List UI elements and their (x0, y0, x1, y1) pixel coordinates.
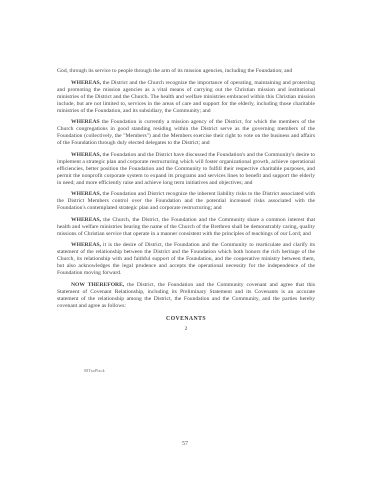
paragraph-lead: WHEREAS, (71, 152, 102, 158)
paragraph-lead: WHEREAS (71, 119, 102, 125)
document-page-number: 2 (57, 326, 315, 333)
paragraph-list: God, through its service to people throu… (57, 68, 315, 310)
paragraph: WHEREAS,the Foundation and District reco… (57, 191, 315, 212)
document-page: God, through its service to people throu… (0, 0, 370, 480)
document-stamp: 08TaoPlack (84, 368, 105, 373)
paragraph: WHEREAS,the District and the Church reco… (57, 80, 315, 115)
paragraph: NOW THEREFORE,the District, the Foundati… (57, 282, 315, 310)
paragraph-lead: WHEREAS, (71, 242, 103, 248)
paragraph: WHEREAS,the Foundation and the District … (57, 152, 315, 187)
covenants-heading: COVENANTS (57, 316, 315, 323)
paragraph-lead: WHEREAS, (71, 191, 103, 197)
paragraph: God, through its service to people throu… (57, 68, 315, 75)
paragraph: WHEREASthe Foundation is currently a mis… (57, 119, 315, 147)
paragraph: WHEREAS,the Church, the District, the Fo… (57, 217, 315, 238)
paragraph-lead: NOW THEREFORE, (71, 282, 127, 288)
paragraph: WHEREAS,it is the desire of District, th… (57, 242, 315, 277)
scan-page-number: 57 (0, 441, 370, 447)
paragraph-lead: WHEREAS, (71, 80, 103, 86)
paragraph-lead: WHEREAS, (71, 217, 103, 223)
paragraph-text: God, through its service to people throu… (57, 68, 292, 74)
document-body: God, through its service to people throu… (57, 68, 315, 333)
